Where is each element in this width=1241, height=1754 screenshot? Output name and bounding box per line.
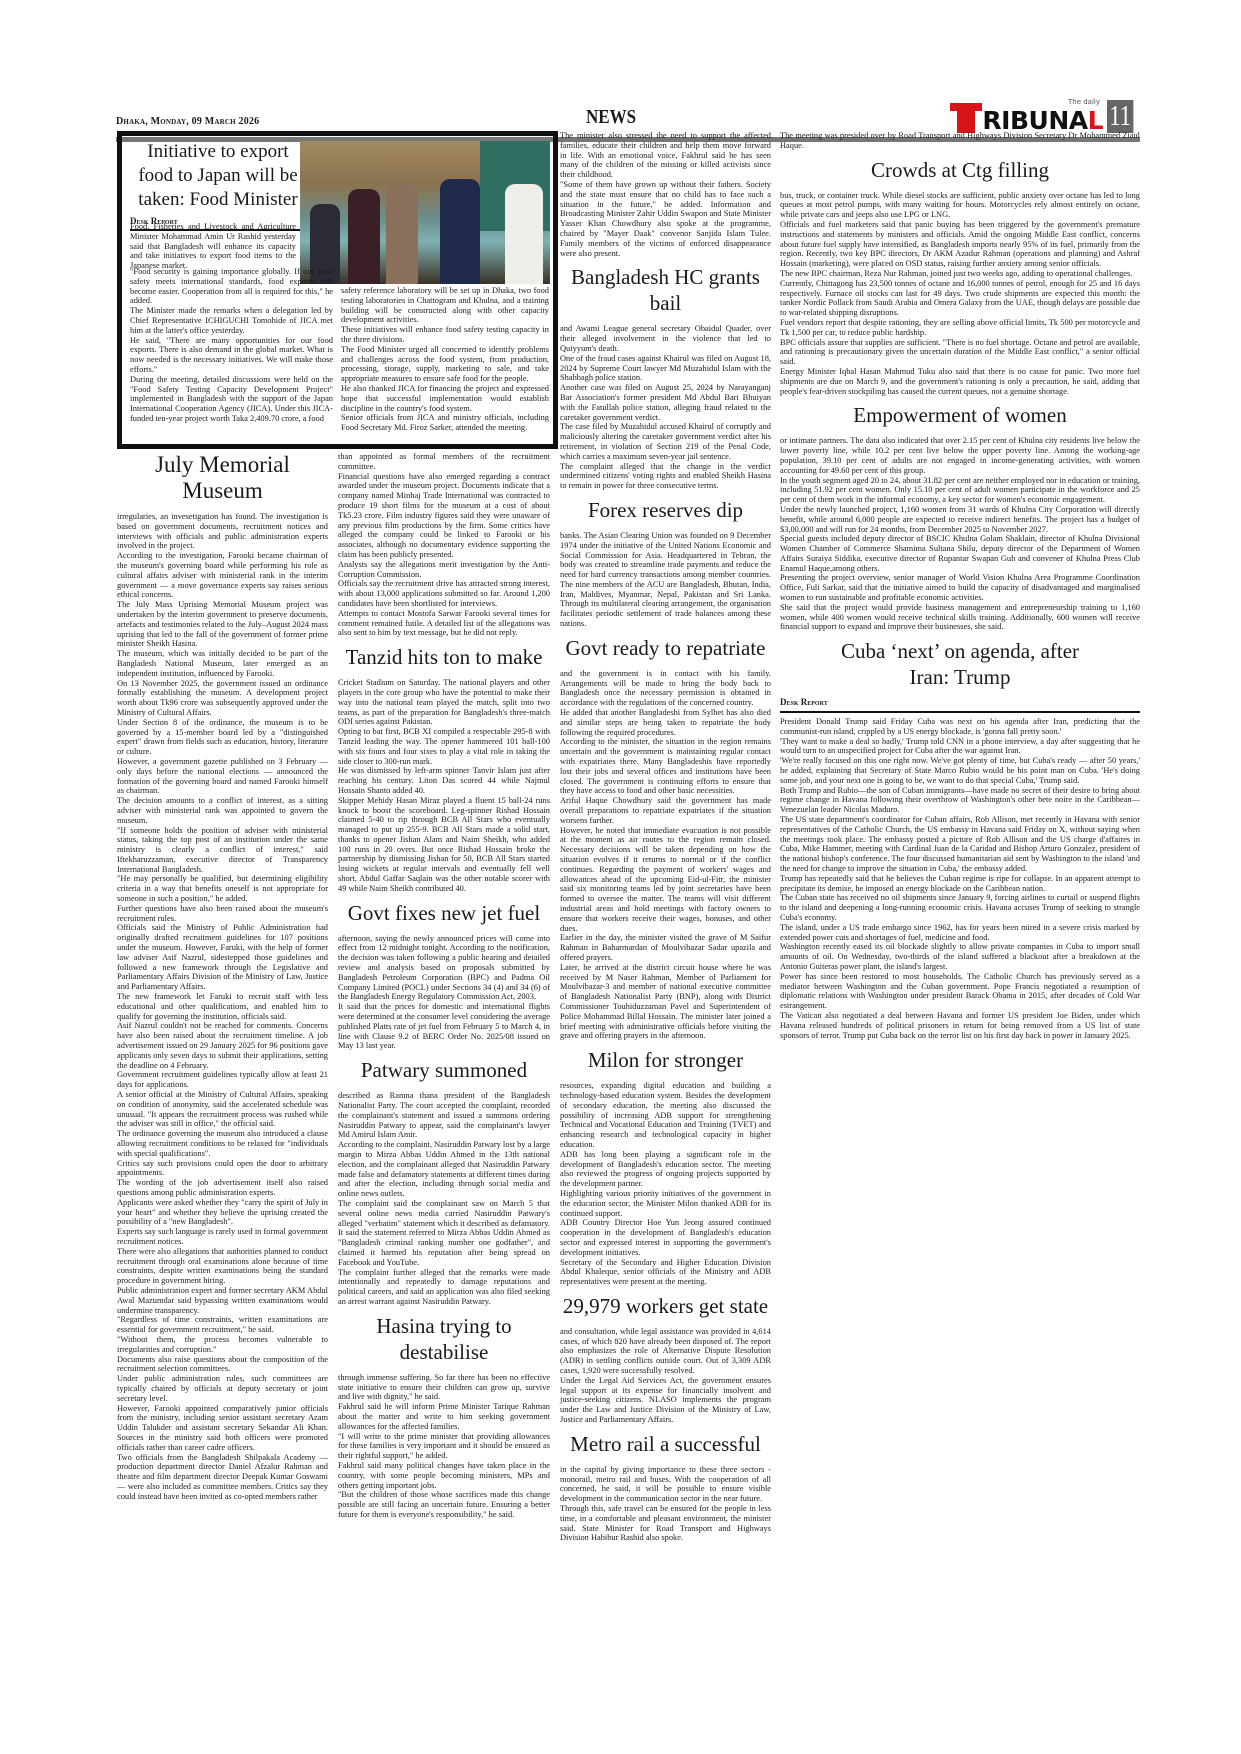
- headline: Bangladesh HC grants bail: [560, 264, 771, 316]
- article-milon: Milon for stronger resources, expanding …: [560, 1047, 771, 1287]
- headline: Hasina trying to destabilise: [338, 1313, 550, 1365]
- article-july-museum-continued: than appointed as formal members of the …: [338, 452, 550, 638]
- article-women: Empowerment of women or intimate partner…: [780, 402, 1140, 632]
- issue-date: Dhaka, Monday, 09 March 2026: [116, 116, 259, 127]
- headline: Crowds at Ctg filling: [780, 157, 1140, 183]
- article-photo: [300, 141, 550, 284]
- headline: Govt fixes new jet fuel: [338, 900, 550, 926]
- article-jet-fuel: Govt fixes new jet fuel afternoon, sayin…: [338, 900, 550, 1052]
- headline: Metro rail a successful: [560, 1431, 771, 1457]
- article-cuba: Cuba ‘next’ on agenda, after Iran: Trump…: [780, 638, 1140, 1040]
- article-patwary: Patwary summoned described as Ramna than…: [338, 1057, 550, 1307]
- article-hasina: Hasina trying to destabilise through imm…: [338, 1313, 550, 1520]
- headline: Patwary summoned: [338, 1057, 550, 1083]
- article-metro: Metro rail a successful in the capital b…: [560, 1431, 771, 1543]
- article-column: Food, Fisheries and Livestock and Agricu…: [130, 222, 296, 271]
- headline: July Memorial Museum: [117, 452, 328, 504]
- logo-wordmark: RIBUNAL: [982, 108, 1103, 133]
- headline: Forex reserves dip: [560, 497, 771, 523]
- logo-tagline: The daily: [1068, 98, 1100, 106]
- article-ctg: The meeting was presided over by Road Tr…: [780, 131, 1140, 396]
- column-3: The minister also stressed the need to s…: [560, 131, 771, 1543]
- headline: Empowerment of women: [780, 402, 1140, 428]
- newspaper-logo: The daily RIBUNAL 11: [957, 100, 1140, 133]
- article-forex: Forex reserves dip banks. The Asian Clea…: [560, 497, 771, 629]
- article-column: safety reference laboratory will be set …: [341, 286, 549, 433]
- headline: Milon for stronger: [560, 1047, 771, 1073]
- headline: Initiative to export food to Japan will …: [130, 140, 306, 212]
- section-title: NEWS: [586, 106, 636, 129]
- article-hc-bail: Bangladesh HC grants bail and Awami Leag…: [560, 264, 771, 491]
- page-number: 11: [1107, 100, 1133, 133]
- logo-t-glyph-icon: [957, 103, 975, 133]
- article-july-museum: July Memorial Museum irregularies, an in…: [117, 452, 328, 1501]
- article-column: "Food security is gaining importance glo…: [130, 267, 333, 424]
- article-hasina-continued: The minister also stressed the need to s…: [560, 131, 771, 258]
- headline: Cuba ‘next’ on agenda, after Iran: Trump: [780, 638, 1140, 690]
- byline: Desk Report: [780, 698, 1140, 713]
- column-4: The meeting was presided over by Road Tr…: [780, 131, 1140, 1040]
- headline: Govt ready to repatriate: [560, 635, 771, 661]
- article-tanzid: Tanzid hits ton to make Cricket Stadium …: [338, 644, 550, 894]
- headline: 29,979 workers get state: [560, 1293, 771, 1319]
- article-workers: 29,979 workers get state and consultatio…: [560, 1293, 771, 1425]
- headline: Tanzid hits ton to make: [338, 644, 550, 670]
- article-repatriate: Govt ready to repatriate and the governm…: [560, 635, 771, 1041]
- column-2: than appointed as formal members of the …: [338, 452, 550, 1520]
- article-food-japan: Initiative to export food to Japan will …: [117, 131, 558, 449]
